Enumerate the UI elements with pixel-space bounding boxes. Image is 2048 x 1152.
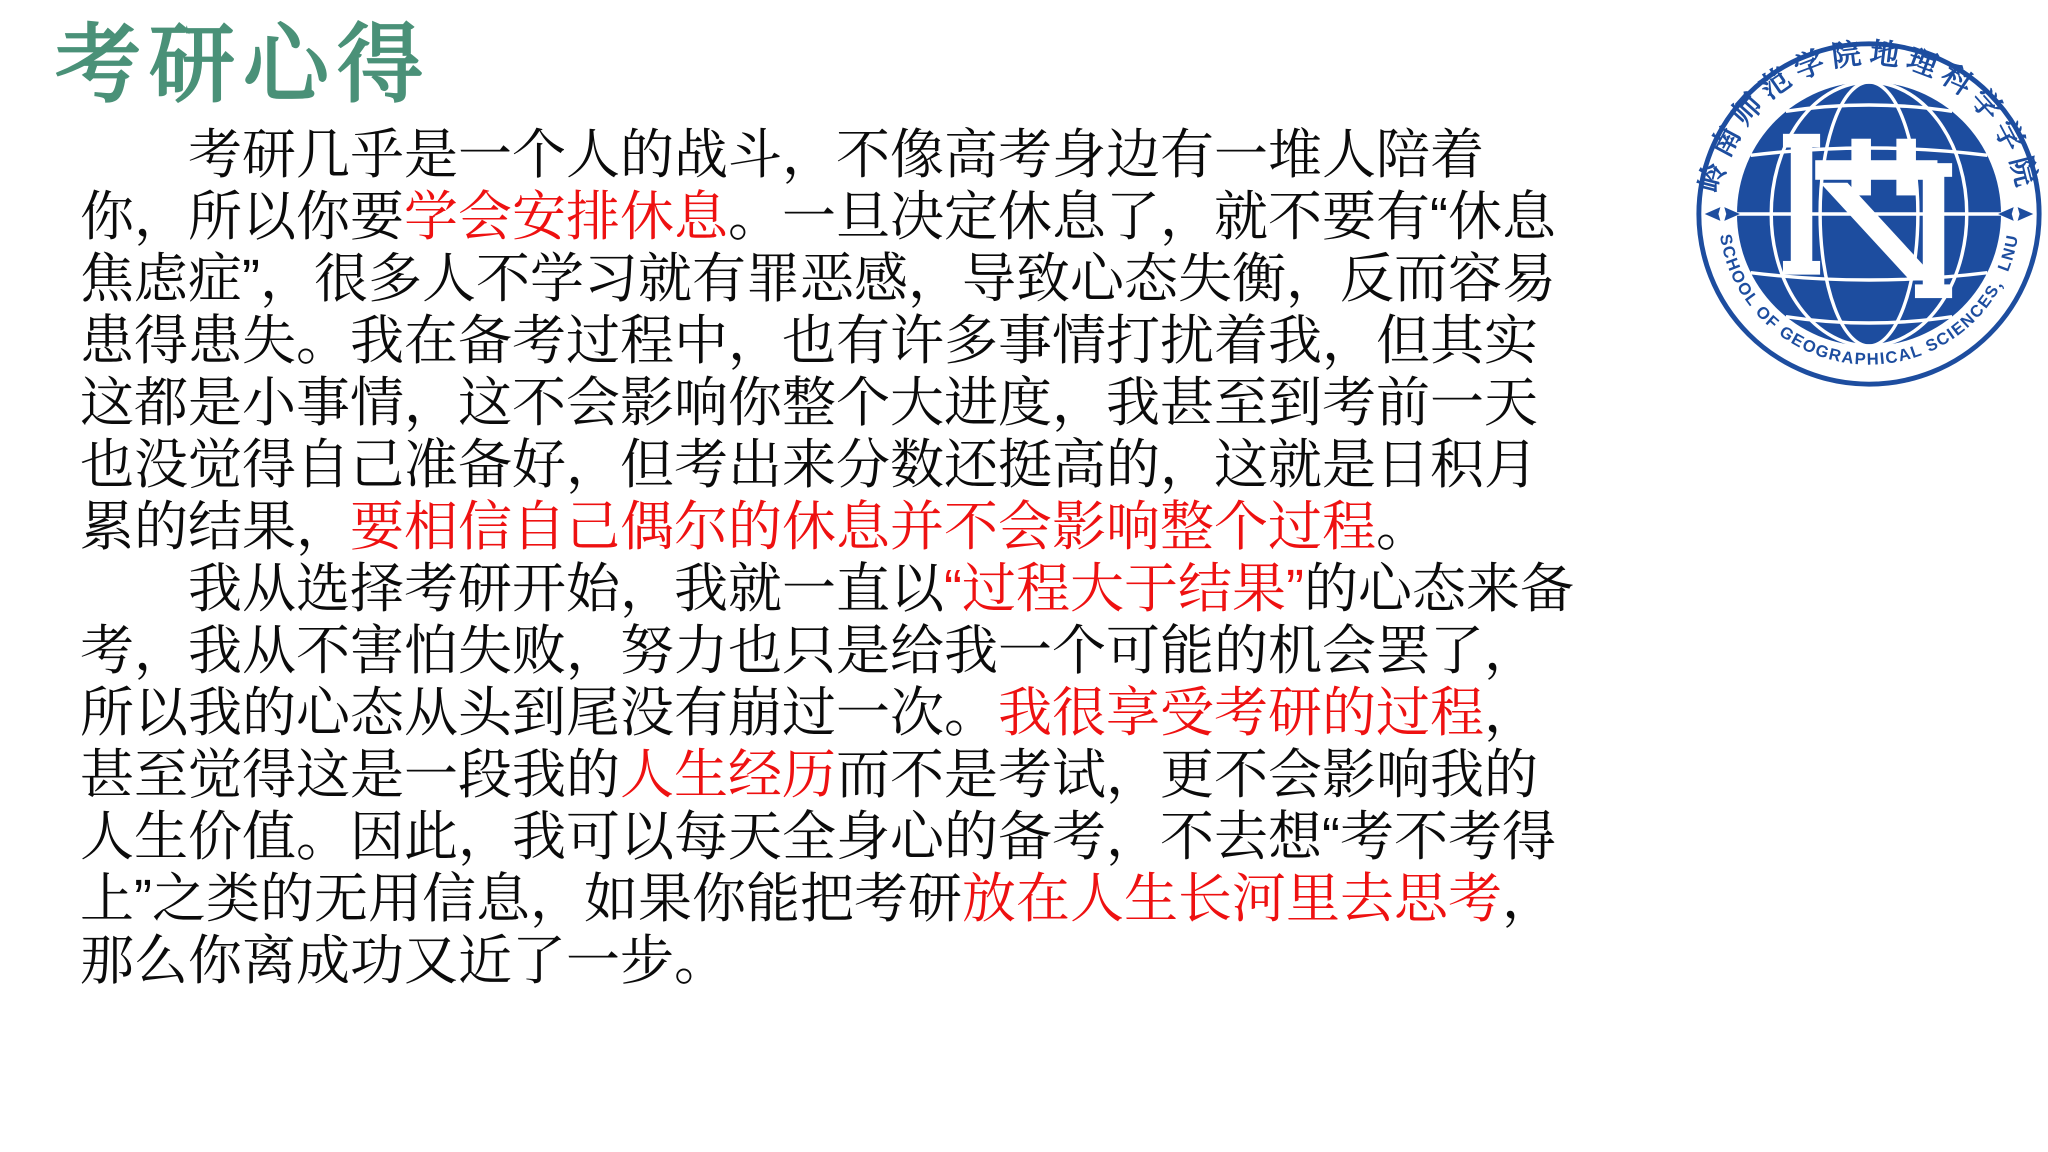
highlight-text: 放在人生长河里去思考 (962, 869, 1502, 929)
school-logo-icon: 岭南师范学院地理科学学院 SCHOOL OF GEOGRAPHICAL SCIE… (1693, 38, 2045, 390)
page-title: 考研心得 (55, 18, 431, 113)
highlight-text: “过程大于结果” (944, 559, 1304, 619)
text-segment: 我从选择考研开始，我就一直以 (188, 559, 944, 619)
paragraph-2: 我从选择考研开始，我就一直以“过程大于结果”的心态来备考，我从不害怕失败，努力也… (80, 558, 1576, 992)
highlight-text: 要相信自己偶尔的休息并不会影响整个过程 (350, 497, 1376, 557)
text-segment: 。 (1376, 497, 1430, 557)
school-logo: 岭南师范学院地理科学学院 SCHOOL OF GEOGRAPHICAL SCIE… (1693, 38, 2045, 390)
highlight-text: 学会安排休息 (404, 187, 728, 247)
highlight-text: 我很享受考研的过程 (998, 683, 1484, 743)
paragraph-1: 考研几乎是一个人的战斗，不像高考身边有一堆人陪着你，所以你要学会安排休息。一旦决… (80, 124, 1576, 558)
slide: 考研心得 考研几乎是一个人的战斗，不像高考身边有一堆人陪着你，所以你要学会安排休… (0, 0, 2048, 1152)
body-text: 考研几乎是一个人的战斗，不像高考身边有一堆人陪着你，所以你要学会安排休息。一旦决… (80, 124, 1576, 992)
highlight-text: 人生经历 (620, 745, 836, 805)
